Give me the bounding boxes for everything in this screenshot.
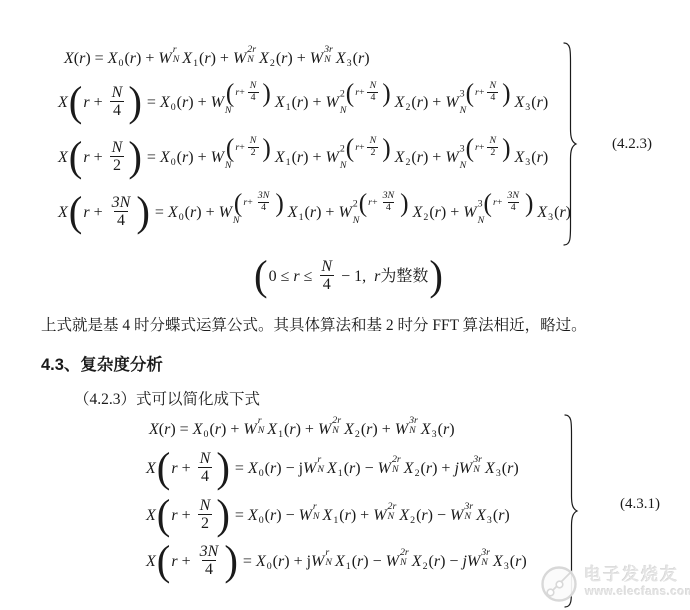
math-i: X: [248, 460, 258, 477]
math-i: W: [459, 460, 472, 477]
math-p: (r+N4): [345, 81, 392, 105]
math-ss: rN: [173, 45, 180, 66]
math-i: X: [193, 421, 203, 438]
math-i: X: [395, 94, 405, 111]
math-i: X: [327, 460, 337, 477]
math-ss: 2rN: [392, 455, 401, 476]
math-sub: 0: [267, 561, 272, 572]
math-r: − 1,: [337, 267, 374, 286]
math-i: X: [537, 204, 547, 221]
equation-line: X(r) = X0(r) + WrNX1(r) + W2rNX2(r) + W3…: [149, 420, 455, 441]
math-p: (r + N2): [156, 496, 231, 535]
math-i: X: [146, 507, 156, 524]
equation-line: X(r + N4) = X0(r) − jWrNX1(r) − W2rNX2(r…: [146, 450, 519, 489]
math-ss: 3rN: [409, 416, 418, 437]
math-i: X: [476, 507, 486, 524]
math-r: ) −: [355, 460, 377, 477]
math-sub: 3: [496, 468, 501, 479]
math-i: X: [412, 553, 422, 570]
math-i: W: [303, 460, 316, 477]
watermark-brand: 电子发烧友: [584, 560, 679, 585]
math-p: (r+3N4): [483, 191, 535, 215]
constraint-note: (0 ≤ r ≤ N4 − 1, r为整数): [253, 258, 444, 297]
math-r: ) +: [188, 94, 210, 111]
math-p: (r + 3N4): [68, 193, 151, 232]
math-r: ) =: [85, 50, 107, 67]
math-ss: 3(r+3N4)N: [478, 192, 535, 226]
math-i: X: [149, 421, 159, 438]
math-r: ) +: [296, 421, 318, 438]
math-i: X: [160, 94, 170, 111]
math-p: (r+N4): [465, 81, 512, 105]
math-i: X: [336, 50, 346, 67]
math-sub: 1: [193, 58, 198, 69]
math-r: ) +: [221, 421, 243, 438]
math-sub: 0: [259, 468, 264, 479]
math-i: X: [335, 553, 345, 570]
math-ss: rN: [258, 416, 265, 437]
math-p: (r + N4): [68, 83, 143, 122]
math-i: X: [267, 421, 277, 438]
math-r: ) =: [170, 421, 192, 438]
math-i: W: [311, 553, 324, 570]
math-f: N4: [486, 81, 499, 103]
math-r: ) +: [284, 553, 306, 570]
math-i: W: [378, 460, 391, 477]
math-p: (r+N2): [225, 136, 272, 160]
math-i: W: [243, 421, 256, 438]
math-ss: 3rN: [481, 548, 490, 569]
watermark-url: www.elecfans.com: [585, 586, 690, 598]
math-p: (r + 3N4): [156, 542, 239, 581]
math-i: X: [395, 149, 405, 166]
math-sub: 0: [259, 515, 264, 526]
math-ss: rN: [317, 455, 324, 476]
math-sub: 2: [423, 212, 428, 223]
math-p: (r + N2): [68, 138, 143, 177]
math-sub: 2: [405, 157, 410, 168]
math-r: ) +: [423, 149, 445, 166]
math-i: W: [310, 50, 323, 67]
math-sub: 3: [548, 212, 553, 223]
math-i: W: [233, 50, 246, 67]
elecfans-logo-icon: [540, 562, 578, 606]
math-f: N2: [197, 497, 214, 533]
math-i: X: [58, 204, 68, 221]
math-f: N4: [109, 84, 126, 120]
equation-line: X(r + N4) = X0(r) + W(r+N4)NX1(r) + W2(r…: [58, 84, 548, 123]
math-sub: 0: [171, 157, 176, 168]
math-r: =: [239, 553, 256, 570]
math-i: X: [288, 204, 298, 221]
math-i: W: [450, 507, 463, 524]
math-r: +: [90, 93, 107, 112]
math-r: +: [178, 459, 195, 478]
math-ss: (r+N4)N: [225, 82, 272, 116]
watermark: 电子发烧友 www.elecfans.com: [536, 550, 690, 610]
math-sub: 1: [346, 561, 351, 572]
math-r: +: [178, 506, 195, 525]
math-ss: (r+3N4)N: [233, 192, 285, 226]
math-p: (r+N2): [345, 136, 392, 160]
math-r: +: [372, 198, 378, 208]
math-r: =: [143, 149, 160, 166]
math-sub: 1: [333, 515, 338, 526]
math-sub: 0: [118, 58, 123, 69]
math-r: +: [239, 143, 245, 153]
math-r: ) −: [363, 553, 385, 570]
math-r: +: [239, 88, 245, 98]
math-i: X: [146, 460, 156, 477]
math-f: N4: [367, 81, 380, 103]
math-sub: 3: [487, 515, 492, 526]
math-i: X: [275, 149, 285, 166]
equation-line: X(r) = X0(r) + WrNX1(r) + W2rNX2(r) + W3…: [64, 49, 370, 70]
math-ss: 2rN: [332, 416, 341, 437]
equation-line: X(r + 3N4) = X0(r) + W(r+3N4)NX1(r) + W2…: [58, 194, 571, 233]
equation-line: X(r + 3N4) = X0(r) + jWrNX1(r) − W2rNX2(…: [146, 543, 527, 582]
math-p: (r+3N4): [358, 191, 410, 215]
math-r: +: [359, 143, 365, 153]
math-ss: 3rN: [473, 455, 482, 476]
math-f: 3N4: [109, 194, 134, 230]
math-ss: 3rN: [324, 45, 333, 66]
math-r: ) −: [428, 507, 450, 524]
math-r: ) +: [316, 204, 338, 221]
math-sub: 1: [299, 212, 304, 223]
math-f: N2: [367, 136, 380, 158]
math-i: W: [219, 204, 232, 221]
math-i: X: [160, 149, 170, 166]
math-f: N2: [109, 139, 126, 175]
math-r: ≤: [300, 267, 317, 286]
math-i: W: [338, 204, 351, 221]
math-i: W: [395, 421, 408, 438]
math-sub: 3: [525, 157, 530, 168]
math-p: (r+N4): [225, 81, 272, 105]
math-i: X: [259, 50, 269, 67]
math-ss: 2rN: [247, 45, 256, 66]
math-i: X: [493, 553, 503, 570]
math-ss: 3(r+N4)N: [460, 82, 512, 116]
body-paragraph: 上式就是基 4 时分蝶式运算公式。其具体算法和基 2 时分 FFT 算法相近，略…: [41, 313, 587, 335]
equation-number: (4.2.3): [612, 136, 652, 153]
math-i: X: [58, 149, 68, 166]
math-r: +: [359, 88, 365, 98]
math-r: ) +: [136, 50, 158, 67]
math-i: X: [64, 50, 74, 67]
math-i: X: [146, 553, 156, 570]
math-f: N4: [247, 81, 260, 103]
math-sub: 1: [286, 102, 291, 113]
math-ss: 2(r+N4)N: [340, 82, 392, 116]
math-sub: 3: [504, 561, 509, 572]
math-sub: 2: [405, 102, 410, 113]
math-sub: 1: [278, 429, 283, 440]
math-i: X: [399, 507, 409, 524]
math-sub: 0: [171, 102, 176, 113]
section-heading: 4.3、复杂度分析: [41, 351, 163, 375]
math-i: X: [515, 149, 525, 166]
math-r: ): [543, 94, 548, 111]
math-sub: 1: [338, 468, 343, 479]
math-ss: 2rN: [388, 502, 397, 523]
math-i: W: [325, 94, 338, 111]
math-r: 0 ≤: [269, 267, 294, 286]
math-sub: 2: [355, 429, 360, 440]
math-i: W: [467, 553, 480, 570]
math-p: (r + N4): [156, 449, 231, 488]
math-sub: 0: [203, 429, 208, 440]
math-p: (0 ≤ r ≤ N4 − 1, r为整数): [253, 257, 444, 296]
math-sub: 3: [432, 429, 437, 440]
math-i: X: [323, 507, 333, 524]
math-i: X: [485, 460, 495, 477]
math-p: (r+N2): [465, 136, 512, 160]
math-i: X: [404, 460, 414, 477]
math-i: X: [182, 50, 192, 67]
math-ss: 2(r+N2)N: [340, 137, 392, 171]
math-i: W: [386, 553, 399, 570]
math-i: W: [445, 94, 458, 111]
math-i: X: [413, 204, 423, 221]
math-f: 3N4: [380, 191, 398, 213]
math-i: X: [515, 94, 525, 111]
math-i: W: [211, 149, 224, 166]
math-f: 3N4: [197, 543, 222, 579]
math-r: ): [543, 149, 548, 166]
math-r: ) −: [276, 460, 298, 477]
math-r: +: [90, 203, 107, 222]
equation-line: X(r + N2) = X0(r) − WrNX1(r) + W2rNX2(r)…: [146, 497, 510, 536]
math-r: +: [90, 148, 107, 167]
math-i: W: [445, 149, 458, 166]
math-sub: 3: [525, 102, 530, 113]
math-sub: 2: [423, 561, 428, 572]
math-r: ) +: [441, 204, 463, 221]
math-r: ) +: [303, 94, 325, 111]
equation-number: (4.3.1): [620, 496, 660, 513]
math-sub: 2: [270, 58, 275, 69]
math-p: (r+3N4): [233, 191, 285, 215]
math-r: ): [364, 50, 369, 67]
math-r: ) +: [432, 460, 454, 477]
math-r: ): [513, 460, 518, 477]
math-r: +: [479, 88, 485, 98]
math-i: W: [299, 507, 312, 524]
math-r: ) −: [440, 553, 462, 570]
math-r: ) +: [211, 50, 233, 67]
math-sub: 0: [179, 212, 184, 223]
math-f: N4: [318, 258, 335, 294]
math-r: +: [497, 198, 503, 208]
math-r: ) +: [287, 50, 309, 67]
math-ss: 3rN: [464, 502, 473, 523]
math-sub: 2: [410, 515, 415, 526]
math-r: ): [449, 421, 454, 438]
math-r: 为整数: [380, 267, 428, 286]
math-ss: 2rN: [400, 548, 409, 569]
math-sub: 3: [347, 58, 352, 69]
math-r: ) −: [276, 507, 298, 524]
math-i: W: [373, 507, 386, 524]
math-r: =: [143, 94, 160, 111]
math-sub: 2: [415, 468, 420, 479]
math-r: =: [151, 204, 168, 221]
math-i: W: [463, 204, 476, 221]
math-r: ): [521, 553, 526, 570]
math-r: ) +: [423, 94, 445, 111]
math-i: W: [211, 94, 224, 111]
math-i: W: [318, 421, 331, 438]
math-f: N4: [197, 450, 214, 486]
math-ss: 2(r+3N4)N: [353, 192, 410, 226]
math-sub: 1: [286, 157, 291, 168]
math-ss: rN: [313, 502, 320, 523]
math-i: X: [256, 553, 266, 570]
math-ss: rN: [325, 548, 332, 569]
document-page: X(r) = X0(r) + WrNX1(r) + W2rNX2(r) + W3…: [0, 0, 690, 610]
math-i: X: [421, 421, 431, 438]
math-f: N2: [247, 136, 260, 158]
math-ss: 3(r+N2)N: [460, 137, 512, 171]
math-i: W: [158, 50, 171, 67]
math-r: ): [504, 507, 509, 524]
math-r: +: [178, 552, 195, 571]
math-r: =: [231, 460, 248, 477]
math-i: X: [108, 50, 118, 67]
math-i: X: [248, 507, 258, 524]
math-r: ) +: [351, 507, 373, 524]
right-brace: [562, 42, 578, 246]
math-i: X: [58, 94, 68, 111]
math-f: N2: [486, 136, 499, 158]
math-r: +: [247, 198, 253, 208]
math-r: +: [479, 143, 485, 153]
math-i: X: [168, 204, 178, 221]
equation-line: X(r + N2) = X0(r) + W(r+N2)NX1(r) + W2(r…: [58, 139, 548, 178]
math-r: ) +: [303, 149, 325, 166]
math-i: X: [275, 94, 285, 111]
math-r: ) +: [188, 149, 210, 166]
math-r: ) +: [196, 204, 218, 221]
math-r: =: [231, 507, 248, 524]
math-i: X: [344, 421, 354, 438]
math-f: 3N4: [255, 191, 273, 213]
math-f: 3N4: [504, 191, 522, 213]
math-r: ) +: [372, 421, 394, 438]
math-i: W: [325, 149, 338, 166]
lead-in-paragraph: （4.2.3）式可以简化成下式: [74, 387, 260, 409]
math-ss: (r+N2)N: [225, 137, 272, 171]
